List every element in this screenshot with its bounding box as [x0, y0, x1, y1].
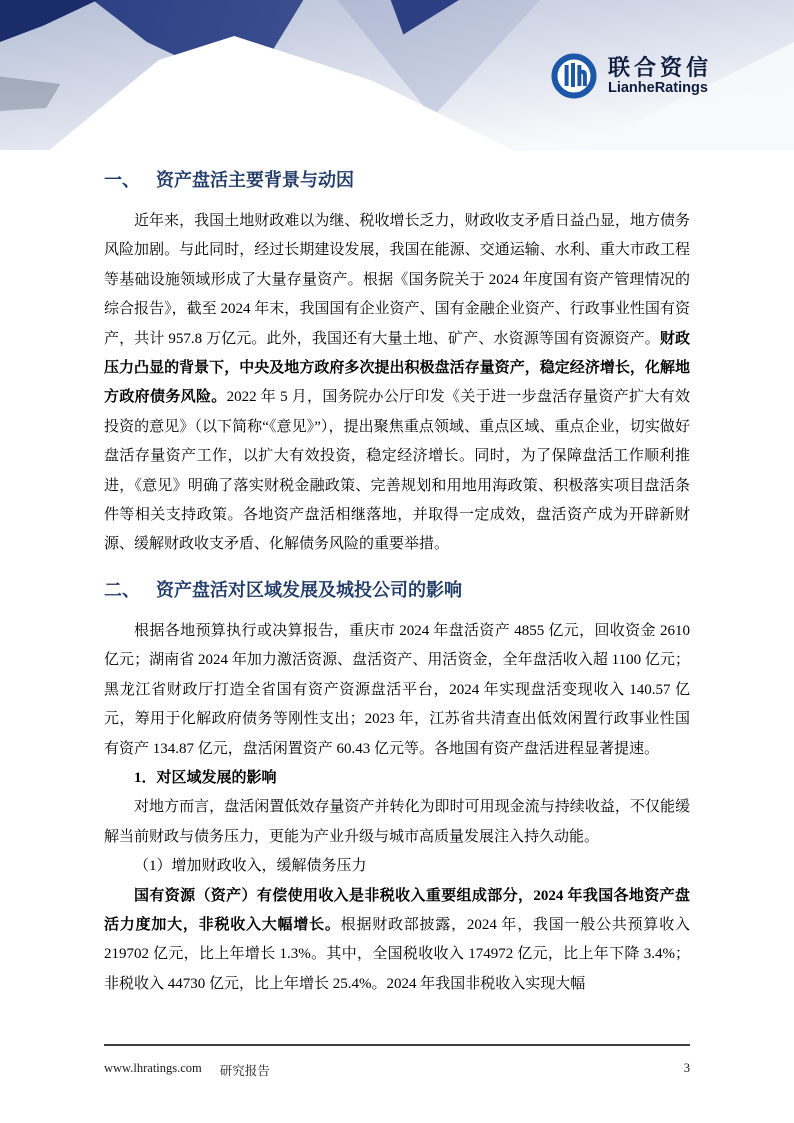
paragraph-run: 2022 年 5 月，国务院办公厅印发《关于进一步盘活存量资产扩大有效投资的意见…: [104, 389, 690, 552]
subheading-regional-impact: 1．对区域发展的影响: [104, 764, 690, 793]
page-number: 3: [684, 1061, 690, 1076]
section-heading-2: 二、资产盘活对区域发展及城投公司的影响: [104, 576, 690, 602]
page-footer: www.lhratings.com 研究报告 3: [104, 1044, 690, 1079]
lianhe-ratings-logo-icon: [550, 52, 598, 100]
subheading-fiscal-revenue: （1）增加财政收入，缓解债务压力: [104, 852, 690, 881]
brand-name-english: LianheRatings: [608, 81, 712, 96]
paragraph-run: 近年来，我国土地财政难以为继、税收增长乏力，财政收支矛盾日益凸显，地方债务风险加…: [104, 213, 690, 347]
section-number: 一、: [104, 170, 140, 190]
section-number: 二、: [104, 580, 140, 600]
section-title: 资产盘活对区域发展及城投公司的影响: [156, 580, 462, 600]
section-title: 资产盘活主要背景与动因: [156, 170, 354, 190]
report-page: 联合资信 LianheRatings 一、资产盘活主要背景与动因 近年来，我国土…: [0, 0, 794, 1123]
paragraph-4: 国有资源（资产）有偿使用收入是非税收入重要组成部分，2024 年我国各地资产盘活…: [104, 882, 690, 1000]
footer-report-type-label: 研究报告: [220, 1061, 270, 1079]
brand-name-chinese: 联合资信: [608, 56, 712, 79]
brand-logo: 联合资信 LianheRatings: [550, 52, 712, 100]
section-heading-1: 一、资产盘活主要背景与动因: [104, 166, 690, 192]
paragraph-2: 根据各地预算执行或决算报告，重庆市 2024 年盘活资产 4855 亿元，回收资…: [104, 617, 690, 764]
footer-website-link[interactable]: www.lhratings.com: [104, 1061, 202, 1079]
document-body: 一、资产盘活主要背景与动因 近年来，我国土地财政难以为继、税收增长乏力，财政收支…: [104, 150, 690, 999]
paragraph-1: 近年来，我国土地财政难以为继、税收增长乏力，财政收支矛盾日益凸显，地方债务风险加…: [104, 207, 690, 560]
paragraph-3: 对地方而言，盘活闲置低效存量资产并转化为即时可用现金流与持续收益，不仅能缓解当前…: [104, 793, 690, 852]
